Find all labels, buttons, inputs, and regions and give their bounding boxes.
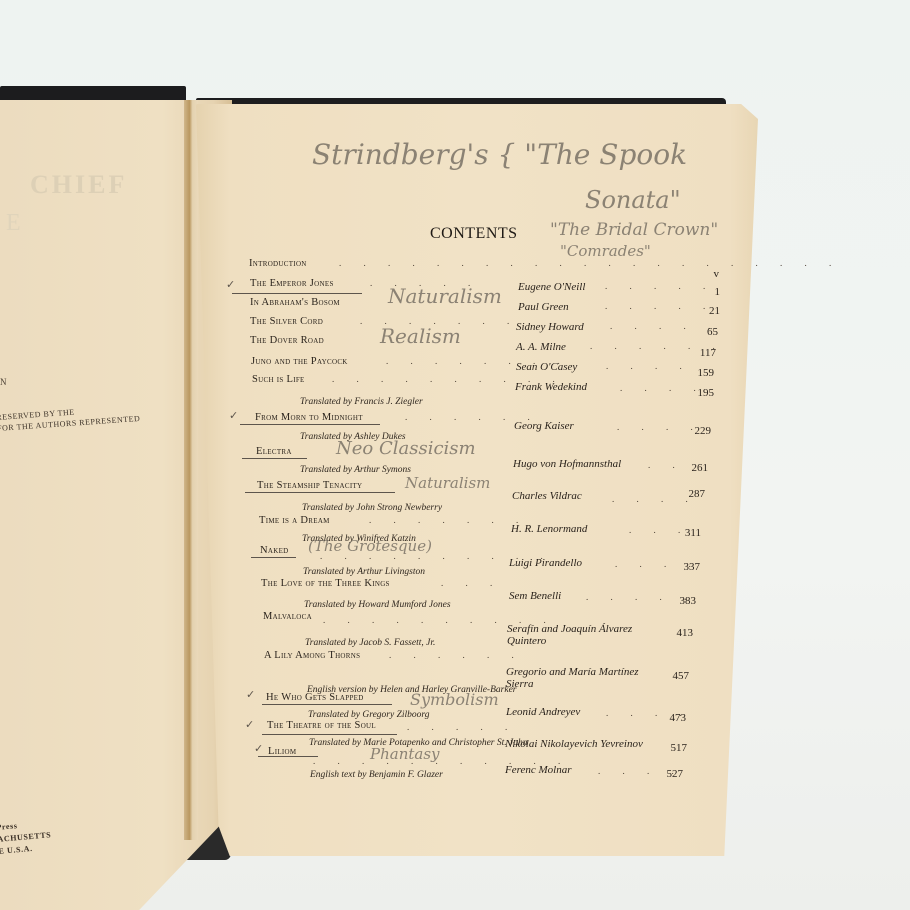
entry-page: 527 — [653, 768, 683, 780]
entry-title: Electra — [256, 446, 292, 457]
handwritten-note-strindberg: Strindberg's { "The Spook — [312, 138, 687, 171]
entry-title: Naked — [260, 545, 289, 556]
table-of-contents: Strindberg's { "The Spook Sonata" "The B… — [0, 0, 910, 910]
handwritten-note-bridal-crown: "The Bridal Crown" — [550, 220, 718, 240]
entry-page: 229 — [681, 425, 711, 437]
toc-entry: Liliom . . . . . . . . . . . Ferenc Moln… — [268, 746, 738, 760]
entry-author: Ferenc Molnar — [505, 764, 572, 776]
entry-author: Eugene O'Neill — [518, 281, 585, 293]
entry-title: Introduction — [249, 258, 307, 269]
entry-title: Such is Life — [252, 374, 305, 385]
pencil-underline — [245, 492, 395, 493]
pencil-underline — [242, 458, 307, 459]
toc-entry: The Silver Cord . . . . . . . Sidney How… — [250, 316, 720, 330]
entry-title: In Abraham's Bosom — [250, 297, 340, 308]
entry-translator: Translated by Francis J. Ziegler — [300, 397, 423, 407]
entry-title: The Theatre of the Soul — [267, 720, 376, 731]
entry-translator: Translated by John Strong Newberry — [302, 503, 442, 513]
check-mark: ✓ — [254, 742, 263, 755]
handwritten-realism: Realism — [380, 324, 461, 348]
entry-author: Sean O'Casey — [516, 361, 577, 373]
toc-entry: Such is Life . . . . . . . . . . Frank W… — [252, 374, 722, 388]
entry-title: The Dover Road — [250, 335, 324, 346]
leader-dots: . . . . — [606, 361, 692, 371]
entry-page: 195 — [684, 387, 714, 399]
entry-title: The Steamship Tenacity — [257, 480, 362, 491]
toc-entry: A Lily Among Thorns . . . . . . Gregorio… — [264, 650, 734, 664]
leader-dots: . . . . . . . — [369, 515, 528, 525]
toc-entry: The Theatre of the Soul . . . . . Nikola… — [267, 720, 737, 734]
leader-dots: . . . — [441, 578, 502, 588]
entry-translator: Translated by Gregory Zilboorg — [308, 710, 429, 720]
leader-dots: . . . . . — [407, 722, 517, 732]
toc-entry: The Dover Road A. A. Milne . . . . . . 1… — [250, 335, 720, 349]
pencil-underline — [258, 756, 318, 757]
entry-author: Paul Green — [518, 301, 569, 313]
entry-title: The Silver Cord — [250, 316, 323, 327]
toc-entry: Time is a Dream . . . . . . . H. R. Leno… — [259, 515, 729, 529]
entry-title: Malvaloca — [263, 611, 312, 622]
handwritten-naturalism: Naturalism — [388, 284, 502, 308]
entry-author: Hugo von Hofmannsthal — [513, 458, 621, 470]
entry-author-line2: Quintero — [507, 635, 546, 647]
pencil-underline — [262, 734, 397, 735]
entry-page: 261 — [678, 462, 708, 474]
entry-title: Time is a Dream — [259, 515, 330, 526]
entry-page: 457 — [659, 670, 689, 682]
contents-heading: CONTENTS — [430, 225, 518, 243]
pencil-underline — [240, 424, 380, 425]
entry-translator: Translated by Arthur Livingston — [303, 567, 425, 577]
check-mark: ✓ — [229, 409, 238, 422]
leader-dots: . . . . . . — [389, 650, 524, 660]
entry-page: 287 — [675, 488, 705, 500]
handwritten-grotesque: (The Grotesque) — [308, 537, 432, 555]
entry-page: 413 — [663, 627, 693, 639]
entry-author: Charles Vildrac — [512, 490, 582, 502]
entry-author: Sidney Howard — [516, 321, 584, 333]
handwritten-symbolism: Symbolism — [410, 690, 499, 709]
entry-title: From Morn to Midnight — [255, 412, 363, 423]
entry-title: The Emperor Jones — [250, 278, 334, 289]
entry-title: He Who Gets Slapped — [266, 692, 364, 703]
check-mark: ✓ — [245, 718, 254, 731]
photo-scene: CHIEF E N RESERVED BY THE FOR THE AUTHOR… — [0, 0, 910, 910]
entry-page: 383 — [666, 595, 696, 607]
pencil-underline — [262, 704, 392, 705]
entry-translator: English text by Benjamin F. Glazer — [310, 770, 443, 780]
toc-entry: The Love of the Three Kings . . . Sem Be… — [261, 578, 731, 592]
entry-author: Serafín and Joaquín Álvarez — [507, 623, 632, 635]
check-mark: ✓ — [226, 278, 235, 291]
entry-title: Juno and the Paycock — [251, 356, 348, 367]
entry-title: The Love of the Three Kings — [261, 578, 390, 589]
entry-page: 337 — [670, 561, 700, 573]
toc-entry: Electra Hugo von Hofmannsthal . . 261 — [256, 446, 726, 460]
entry-author: Luigi Pirandello — [509, 557, 582, 569]
toc-entry: Juno and the Paycock . . . . . . . . Sea… — [251, 356, 721, 370]
pencil-underline — [251, 557, 296, 558]
entry-author: Sem Benelli — [509, 590, 561, 602]
toc-entry: Introduction . . . . . . . . . . . . . .… — [249, 258, 719, 272]
entry-author: H. R. Lenormand — [511, 523, 587, 535]
pencil-underline — [232, 293, 362, 294]
entry-translator: Translated by Arthur Symons — [300, 465, 411, 475]
toc-entry: Malvaloca . . . . . . . . . . Serafín an… — [263, 611, 733, 625]
handwritten-note-sonata: Sonata" — [585, 186, 681, 214]
leader-dots: . . . . . . . . . . . . . . . . . . . . … — [339, 258, 841, 268]
entry-translator: Translated by Howard Mumford Jones — [304, 600, 451, 610]
check-mark: ✓ — [246, 688, 255, 701]
handwritten-neo-classicism: Neo Classicism — [336, 438, 476, 459]
handwritten-naturalism-2: Naturalism — [405, 474, 490, 492]
entry-author: Leonid Andreyev — [506, 706, 580, 718]
entry-author: Frank Wedekind — [515, 381, 587, 393]
handwritten-fantasy: Phantasy — [370, 745, 440, 763]
entry-author: Georg Kaiser — [514, 420, 574, 432]
entry-title: A Lily Among Thorns — [264, 650, 360, 661]
entry-page: 311 — [671, 527, 701, 539]
entry-author: A. A. Milne — [516, 341, 566, 353]
entry-author: Gregorio and María Martínez — [506, 666, 639, 678]
entry-translator: Translated by Jacob S. Fassett, Jr. — [305, 638, 435, 648]
